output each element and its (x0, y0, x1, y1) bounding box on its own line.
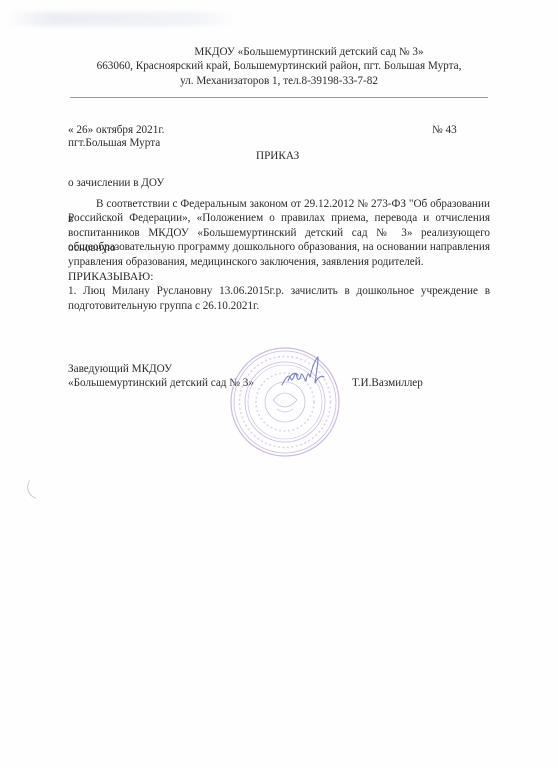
scan-artifact (6, 12, 236, 26)
document-place: пгт.Большая Мурта (68, 137, 160, 150)
order-word: ПРИКАЗЫВАЮ: (68, 270, 153, 283)
handwritten-signature-icon (280, 355, 328, 393)
signer-name: Т.И.Вазмиллер (352, 377, 423, 390)
document-number: № 43 (432, 124, 457, 137)
header-divider (70, 97, 488, 98)
punch-hole-mark (24, 480, 41, 499)
order-item-1-line-1: 1. Люц Милану Руслановну 13.06.2015г.р. … (68, 284, 490, 299)
signer-position-line-1: Заведующий МКДОУ (68, 363, 172, 376)
header-address: 663060, Красноярский край, Большемуртинс… (0, 60, 558, 73)
header-street-phone: ул. Механизаторов 1, тел.8-39198-33-7-82 (0, 75, 558, 88)
body-line-2: Российской Федерации», «Положением о пра… (68, 211, 490, 226)
document-date: « 26» октября 2021г. (68, 124, 164, 137)
order-item-1-line-2: подготовительную группа с 26.10.2021г. (68, 299, 490, 314)
header-organization: МКДОУ «Большемуртинский детский сад № 3» (30, 46, 558, 59)
document-title: ПРИКАЗ (256, 150, 299, 163)
document-subject: о зачислении в ДОУ (68, 177, 164, 190)
body-line-4: общеобразовательную программу дошкольног… (68, 240, 490, 255)
body-line-5: управления образования, медицинского зак… (68, 255, 490, 270)
signer-position-line-2: «Большемуртинский детский сад № 3» (68, 377, 254, 390)
scanned-document-page: МКДОУ «Большемуртинский детский сад № 3»… (0, 0, 558, 768)
